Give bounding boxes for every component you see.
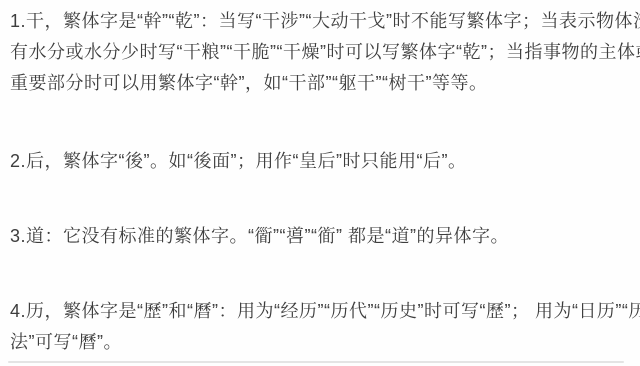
paragraph-hou: 2.后，繁体字“後”。如“後面”；用作“皇后”时只能用“后”。: [10, 146, 630, 177]
paragraph-li: 4.历，繁体字是“歷”和“曆”：用为“经历”“历代”“历史”时可写“歷”； 用为…: [10, 296, 630, 358]
bottom-divider: [8, 361, 624, 363]
text-line: 3.道：它没有标准的繁体字。“衟”“噵”“衜” 都是“道”的异体字。: [10, 221, 630, 252]
paragraph-dao: 3.道：它没有标准的繁体字。“衟”“噵”“衜” 都是“道”的异体字。: [10, 221, 630, 252]
paragraph-gan: 1.干，繁体字是“幹”“乾”：当写“干涉”“大动干戈”时不能写繁体字；当表示物体…: [10, 6, 630, 99]
article-body: 1.干，繁体字是“幹”“乾”：当写“干涉”“大动干戈”时不能写繁体字；当表示物体…: [0, 0, 640, 366]
text-line: 2.后，繁体字“後”。如“後面”；用作“皇后”时只能用“后”。: [10, 146, 630, 177]
text-line: 法”可写“曆”。: [10, 327, 630, 358]
text-line: 重要部分时可以用繁体字“幹”，如“干部”“躯干”“树干”等等。: [10, 68, 630, 99]
text-line: 有水分或水分少时写“干粮”“干脆”“干燥”时可以写繁体字“乾”；当指事物的主体或: [10, 37, 630, 68]
text-line: 1.干，繁体字是“幹”“乾”：当写“干涉”“大动干戈”时不能写繁体字；当表示物体…: [10, 6, 630, 37]
text-line: 4.历，繁体字是“歷”和“曆”：用为“经历”“历代”“历史”时可写“歷”； 用为…: [10, 296, 630, 327]
